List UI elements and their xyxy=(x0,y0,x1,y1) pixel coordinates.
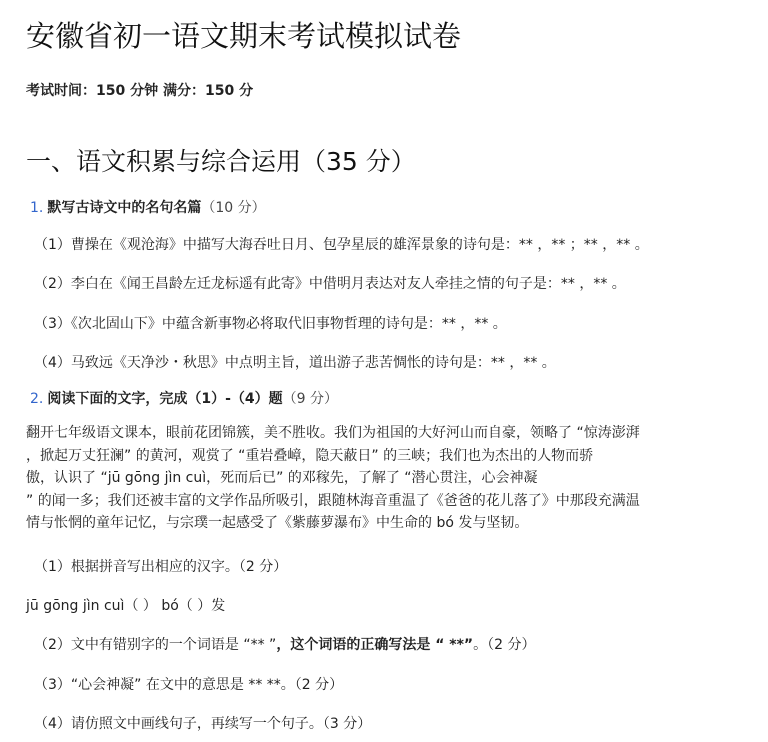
passage-line: ” 的闻一多；我们还被丰富的文学作品所吸引，跟随林海音重温了《爸爸的花儿落了》中… xyxy=(26,490,742,513)
page-title: 安徽省初一语文期末考试模拟试卷 xyxy=(26,14,461,55)
question-1-item-4: （4）马致远《天净沙・秋思》中点明主旨，道出游子悲苦惆怅的诗句是：** ，** … xyxy=(34,352,556,372)
section-title: 一、语文积累与综合运用（35 分） xyxy=(26,142,416,178)
question-number: 2. xyxy=(30,391,43,407)
question-2-sub-3: （3）“心会神凝” 在文中的意思是 ** **。（2 分） xyxy=(34,674,343,694)
sub2-text-a: （2）文中有错别字的一个词语是 “** ” xyxy=(34,637,276,653)
question-2-sub-4: （4）请仿照文中画线句子，再续写一个句子。（3 分） xyxy=(34,713,371,733)
question-points: （9 分） xyxy=(283,391,338,407)
exam-meta: 考试时间：150 分钟 满分：150 分 xyxy=(26,80,253,100)
passage-line: 傲，认识了 “jū gōng jìn cuì，死而后已” 的邓稼先，了解了 “潜… xyxy=(26,467,742,490)
question-title: 阅读下面的文字，完成（1）-（4）题 xyxy=(47,391,282,407)
question-1-header: 1.默写古诗文中的名句名篇（10 分） xyxy=(30,197,266,217)
question-2-sub-2: （2）文中有错别字的一个词语是 “** ”，这个词语的正确写法是 “ **”。（… xyxy=(34,634,535,654)
reading-passage: 翻开七年级语文课本，眼前花团锦簇，美不胜收。我们为祖国的大好河山而自豪，领略了 … xyxy=(26,422,742,535)
passage-line: 翻开七年级语文课本，眼前花团锦簇，美不胜收。我们为祖国的大好河山而自豪，领略了 … xyxy=(26,422,742,445)
sub2-text-c: 。（2 分） xyxy=(473,637,535,653)
passage-line: 情与怅惘的童年记忆，与宗璞一起感受了《紫藤萝瀑布》中生命的 bó 发与坚韧。 xyxy=(26,512,742,535)
sub2-text-b: ，这个词语的正确写法是 “ **” xyxy=(276,637,473,653)
question-title: 默写古诗文中的名句名篇 xyxy=(47,200,201,216)
question-number: 1. xyxy=(30,200,43,216)
question-points: （10 分） xyxy=(201,200,265,216)
question-2-sub-1-answer-line: jū gōng jìn cuì（ ） bó（ ）发 xyxy=(26,595,225,615)
question-2-sub-1: （1）根据拼音写出相应的汉字。（2 分） xyxy=(34,556,287,576)
question-2-header: 2.阅读下面的文字，完成（1）-（4）题（9 分） xyxy=(30,388,338,408)
passage-line: ，掀起万丈狂澜” 的黄河，观赏了 “重岩叠嶂，隐天蔽日” 的三峡；我们也为杰出的… xyxy=(26,445,742,468)
question-1-item-3: （3）《次北固山下》中蕴含新事物必将取代旧事物哲理的诗句是：** ，** 。 xyxy=(34,313,507,333)
question-1-item-2: （2）李白在《闻王昌龄左迁龙标遥有此寄》中借明月表达对友人牵挂之情的句子是：**… xyxy=(34,273,626,293)
question-1-item-1: （1）曹操在《观沧海》中描写大海吞吐日月、包孕星辰的雄浑景象的诗句是：** ，*… xyxy=(34,234,649,254)
